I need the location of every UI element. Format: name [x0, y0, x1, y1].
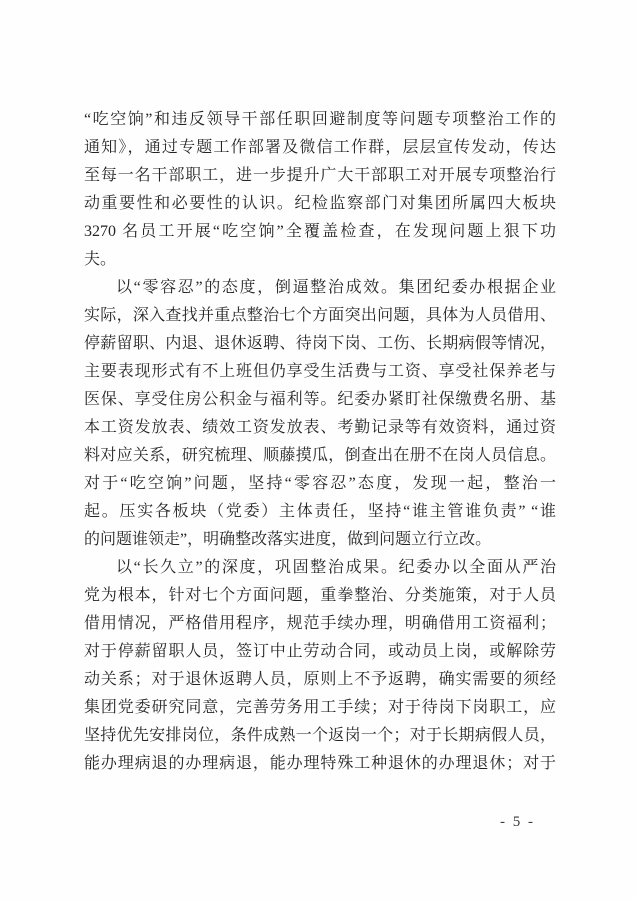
text-line: 动关系；对于退休返聘人员，原则上不予返聘，确实需要的须经: [84, 666, 556, 694]
text-line: 党为根本，针对七个方面问题，重拳整治、分类施策，对于人员: [84, 582, 556, 610]
text-line: 实际，深入查找并重点整治七个方面突出问题，具体为人员借用、: [84, 302, 556, 330]
text-line: 医保、享受住房公积金与福利等。纪委办紧盯社保缴费名册、基: [84, 386, 556, 414]
text-line: 本工资发放表、绩效工资发放表、考勤记录等有效资料，通过资: [84, 414, 556, 442]
text-line: “吃空饷”和违反领导干部任职回避制度等问题专项整治工作的: [84, 106, 556, 134]
paragraph: 以“长久立”的深度，巩固整治成果。纪委办以全面从严治 党为根本，针对七个方面问题…: [84, 554, 556, 778]
text-line: 对于停薪留职人员，签订中止劳动合同，或动员上岗，或解除劳: [84, 638, 556, 666]
paragraph: 以“零容忍”的态度，倒逼整治成效。集团纪委办根据企业 实际，深入查找并重点整治七…: [84, 274, 556, 554]
text-line: 以“长久立”的深度，巩固整治成果。纪委办以全面从严治: [84, 554, 556, 582]
text-line: 借用情况，严格借用程序，规范手续办理，明确借用工资福利；: [84, 610, 556, 638]
text-line: 对于“吃空饷”问题，坚持“零容忍”态度，发现一起，整治一: [84, 470, 556, 498]
text-line: 主要表现形式有不上班但仍享受生活费与工资、享受社保养老与: [84, 358, 556, 386]
page-number: - 5 -: [500, 814, 535, 831]
text-line: 起。压实各板块（党委）主体责任，坚持“谁主管谁负责” “谁: [84, 498, 556, 526]
document-body: “吃空饷”和违反领导干部任职回避制度等问题专项整治工作的 通知》，通过专题工作部…: [84, 106, 556, 778]
text-line: 停薪留职、内退、退休返聘、待岗下岗、工伤、长期病假等情况，: [84, 330, 556, 358]
text-line: 集团党委研究同意，完善劳务用工手续；对于待岗下岗职工，应: [84, 694, 556, 722]
text-line: 以“零容忍”的态度，倒逼整治成效。集团纪委办根据企业: [84, 274, 556, 302]
text-line: 3270 名员工开展“吃空饷”全覆盖检查，在发现问题上狠下功: [84, 218, 556, 246]
text-line: 的问题谁领走”，明确整改落实进度，做到问题立行立改。: [84, 526, 556, 554]
text-line: 动重要性和必要性的认识。纪检监察部门对集团所属四大板块: [84, 190, 556, 218]
text-line: 坚持优先安排岗位，条件成熟一个返岗一个；对于长期病假人员，: [84, 722, 556, 750]
paragraph: “吃空饷”和违反领导干部任职回避制度等问题专项整治工作的 通知》，通过专题工作部…: [84, 106, 556, 274]
text-line: 通知》，通过专题工作部署及微信工作群，层层宣传发动，传达: [84, 134, 556, 162]
text-line: 至每一名干部职工，进一步提升广大干部职工对开展专项整治行: [84, 162, 556, 190]
text-line: 夫。: [84, 246, 556, 274]
text-line: 料对应关系，研究梳理、顺藤摸瓜，倒查出在册不在岗人员信息。: [84, 442, 556, 470]
text-line: 能办理病退的办理病退，能办理特殊工种退休的办理退休；对于: [84, 750, 556, 778]
document-page: “吃空饷”和违反领导干部任职回避制度等问题专项整治工作的 通知》，通过专题工作部…: [0, 0, 636, 900]
